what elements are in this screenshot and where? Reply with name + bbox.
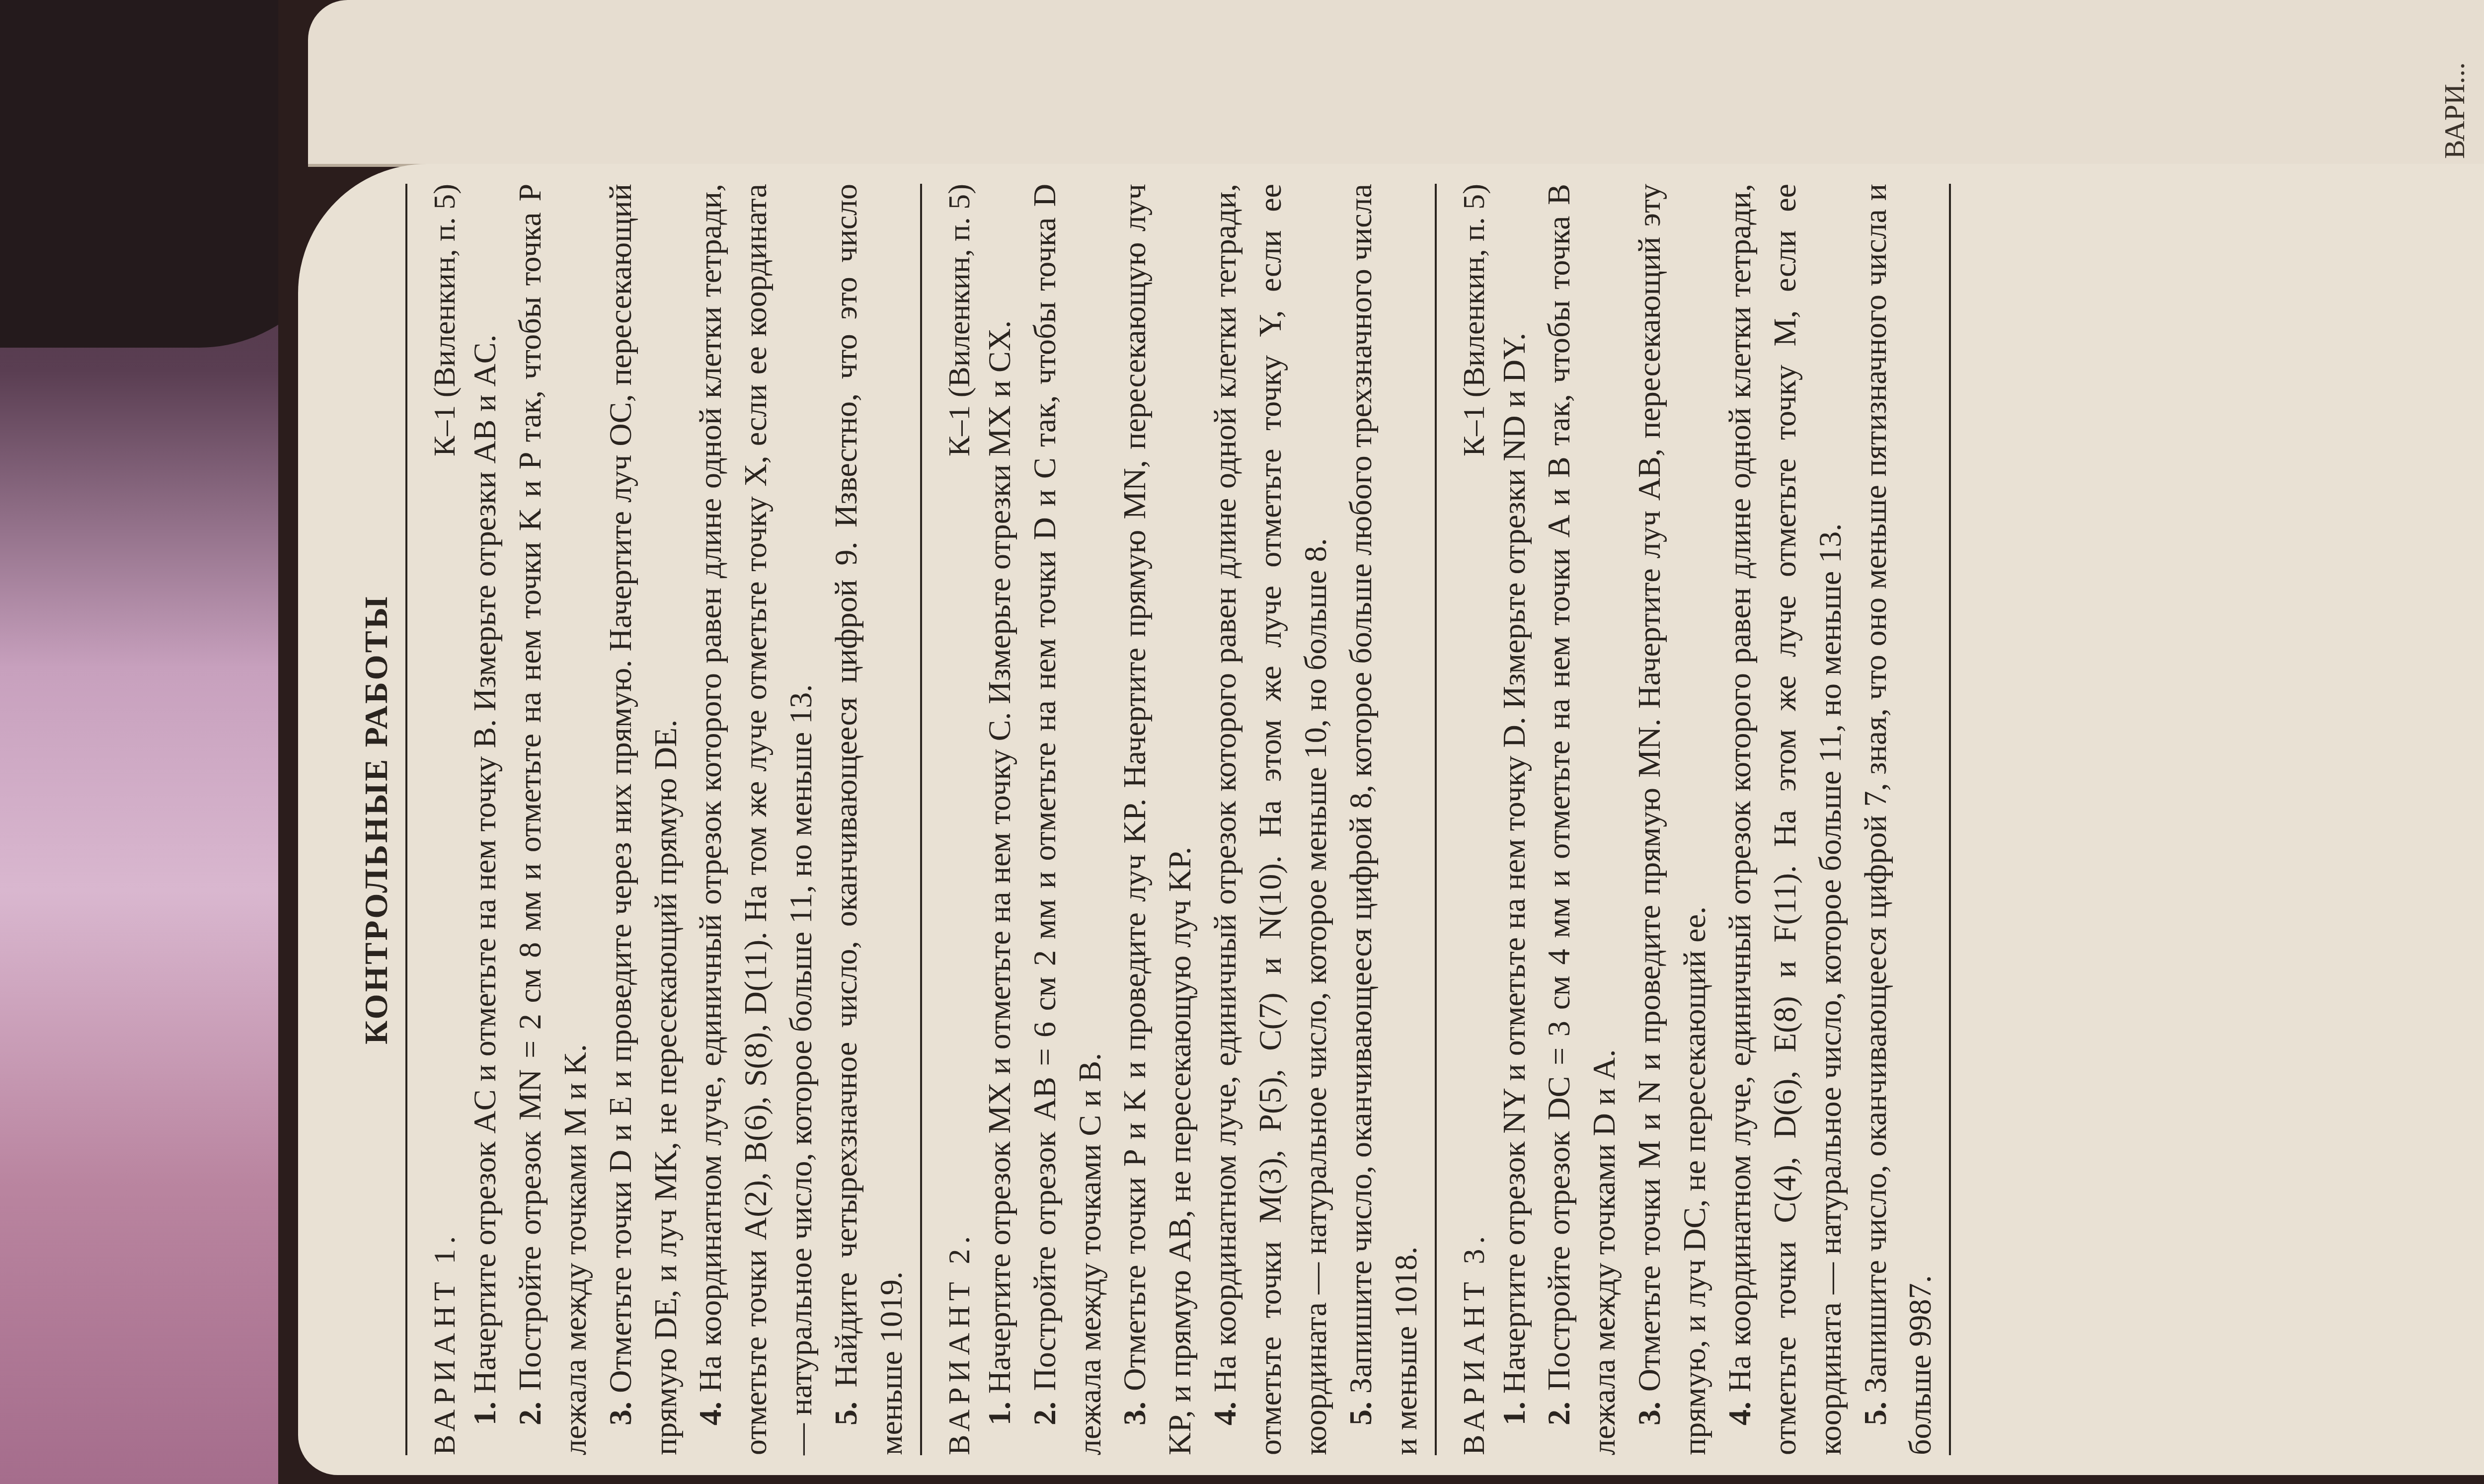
variant-2: ВАРИАНТ 2. К–1 (Виленкин, п. 5) 1. Начер… xyxy=(942,184,1429,1455)
task-item: 4. На координатном луче, единичный отрез… xyxy=(688,184,824,1455)
variant-ref: К–1 (Виленкин, п. 5) xyxy=(427,184,463,456)
task-item: 2. Постройте отрезок MN = 2 см 8 мм и от… xyxy=(508,184,598,1455)
variant-3: ВАРИАНТ 3. К–1 (Виленкин, п. 5) 1. Начер… xyxy=(1457,184,1943,1455)
task-item: 1. Начертите отрезок MX и отметьте на не… xyxy=(977,184,1022,1455)
facing-line: 1. В... xyxy=(2475,10,2484,159)
variant-title: ВАРИАНТ 3. xyxy=(1457,1231,1492,1455)
variant-1: ВАРИАНТ 1. К–1 (Виленкин, п. 5) 1. Начер… xyxy=(427,184,914,1455)
page-header: КОНТРОЛЬНЫЕ РАБОТЫ xyxy=(358,184,395,1455)
variant-title: ВАРИАНТ 2. xyxy=(942,1231,977,1455)
task-item: 3. Отметьте точки M и N и проведите прям… xyxy=(1627,184,1717,1455)
task-item: 3. Отметьте точки D и E и проведите чере… xyxy=(598,184,689,1455)
divider xyxy=(405,184,407,1455)
task-item: 1. Начертите отрезок NY и отметьте на не… xyxy=(1492,184,1537,1455)
task-item: 5. Запишите число, оканчивающееся цифрой… xyxy=(1338,184,1429,1455)
page-content: КОНТРОЛЬНЫЕ РАБОТЫ ВАРИАНТ 1. К–1 (Вилен… xyxy=(338,184,2484,1455)
task-item: 2. Постройте отрезок DC = 3 см 4 мм и от… xyxy=(1537,184,1627,1455)
divider xyxy=(1949,184,1951,1455)
divider xyxy=(1435,184,1437,1455)
task-item: 5. Запишите число, оканчивающееся цифрой… xyxy=(1853,184,1943,1455)
variant-ref: К–1 (Виленкин, п. 5) xyxy=(1457,184,1492,456)
divider xyxy=(920,184,922,1455)
task-item: 3. Отметьте точки P и K и проведите луч … xyxy=(1112,184,1203,1455)
facing-page-text: ВАРИ... 1. В... а) 3 543... 2. Н... m = … xyxy=(2434,10,2484,164)
task-item: 4. На координатном луче, единичный отрез… xyxy=(1203,184,1338,1455)
variant-ref: К–1 (Виленкин, п. 5) xyxy=(942,184,977,456)
task-item: 5. Найдите четырехзначное число, оканчив… xyxy=(824,184,914,1455)
variant-title: ВАРИАНТ 1. xyxy=(427,1231,463,1455)
task-item: 1. Начертите отрезок AC и отметьте на не… xyxy=(463,184,508,1455)
facing-line: ВАРИ... xyxy=(2434,10,2475,159)
task-item: 4. На координатном луче, единичный отрез… xyxy=(1717,184,1853,1455)
facing-page xyxy=(308,0,2484,167)
task-item: 2. Постройте отрезок AB = 6 см 2 мм и от… xyxy=(1022,184,1113,1455)
